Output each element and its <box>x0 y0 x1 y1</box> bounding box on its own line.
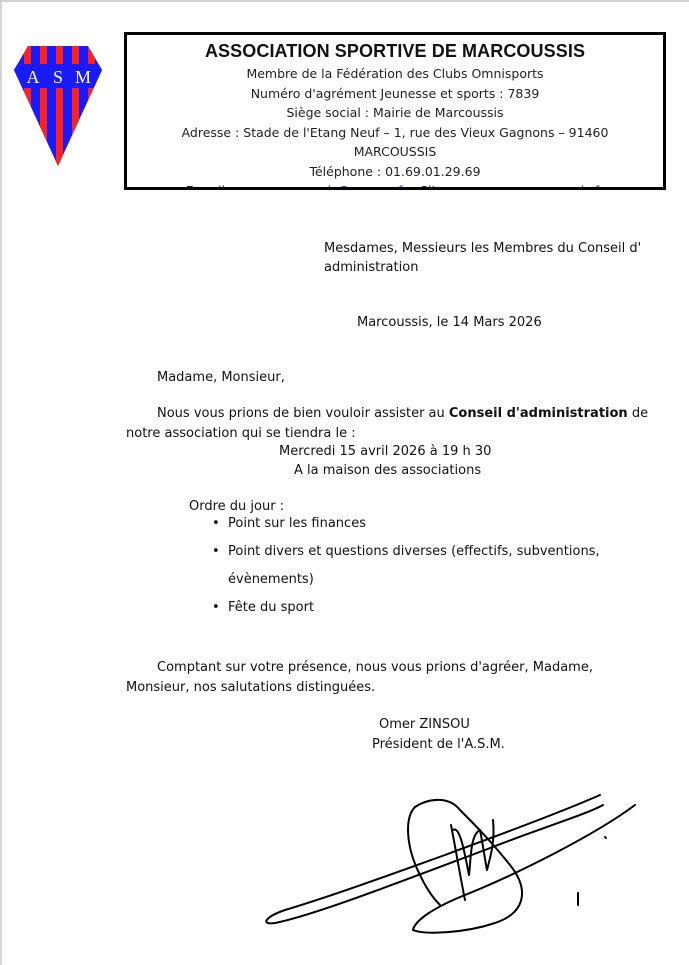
meeting-datetime: Mercredi 15 avril 2026 à 19 h 30 <box>279 442 491 462</box>
address-city-line: MARCOUSSIS <box>127 142 663 162</box>
association-name: ASSOCIATION SPORTIVE DE MARCOUSSIS <box>127 41 663 62</box>
logo-letter-s: S <box>53 67 63 87</box>
logo-letter-a: A <box>27 67 40 87</box>
recipient-line-1: Mesdames, Messieurs les Membres du Conse… <box>324 239 641 259</box>
asm-logo: A S M <box>14 46 102 166</box>
meeting-type: Conseil d'administration <box>449 406 628 421</box>
bullet-icon: • <box>212 514 220 534</box>
page-border-top <box>0 0 689 2</box>
phone-line: Téléphone : 01.69.01.29.69 <box>127 162 663 182</box>
agenda-list: • Point sur les finances • Point divers … <box>212 514 600 618</box>
email-link[interactable]: @orange.fr <box>338 183 408 190</box>
federation-line: Membre de la Fédération des Clubs Omnisp… <box>127 64 663 84</box>
place-date: Marcoussis, le 14 Mars 2026 <box>357 313 542 333</box>
letterhead-box: ASSOCIATION SPORTIVE DE MARCOUSSIS Membr… <box>124 32 666 190</box>
approval-number-line: Numéro d'agrément Jeunesse et sports : 7… <box>127 84 663 104</box>
page-border-left <box>0 0 2 965</box>
email-website-line: E-mail : asm.marcoussis@orange.fr - Site… <box>127 181 663 190</box>
recipient-line-2: administration <box>324 258 418 278</box>
agenda-item: • Fête du sport <box>212 598 600 618</box>
signatory-name: Omer ZINSOU <box>379 715 470 735</box>
signatory-title: Président de l'A.S.M. <box>372 735 505 755</box>
handwritten-signature <box>255 785 655 935</box>
closing-line-1: Comptant sur votre présence, nous vous p… <box>157 658 593 678</box>
meeting-place: A la maison des associations <box>294 461 481 481</box>
closing-line-2: Monsieur, nos salutations distinguées. <box>126 678 375 698</box>
body-line-1: Nous vous prions de bien vouloir assiste… <box>157 404 648 424</box>
bullet-icon: • <box>212 542 220 562</box>
body-line-2: notre association qui se tiendra le : <box>126 424 356 444</box>
logo-letter-m: M <box>75 67 91 87</box>
bullet-icon: • <box>212 598 220 618</box>
agenda-item: • Point divers et questions diverses (ef… <box>212 542 600 590</box>
head-office-line: Siège social : Mairie de Marcoussis <box>127 103 663 123</box>
agenda-item: • Point sur les finances <box>212 514 600 534</box>
address-line: Adresse : Stade de l'Etang Neuf – 1, rue… <box>127 123 663 143</box>
salutation: Madame, Monsieur, <box>157 368 285 388</box>
